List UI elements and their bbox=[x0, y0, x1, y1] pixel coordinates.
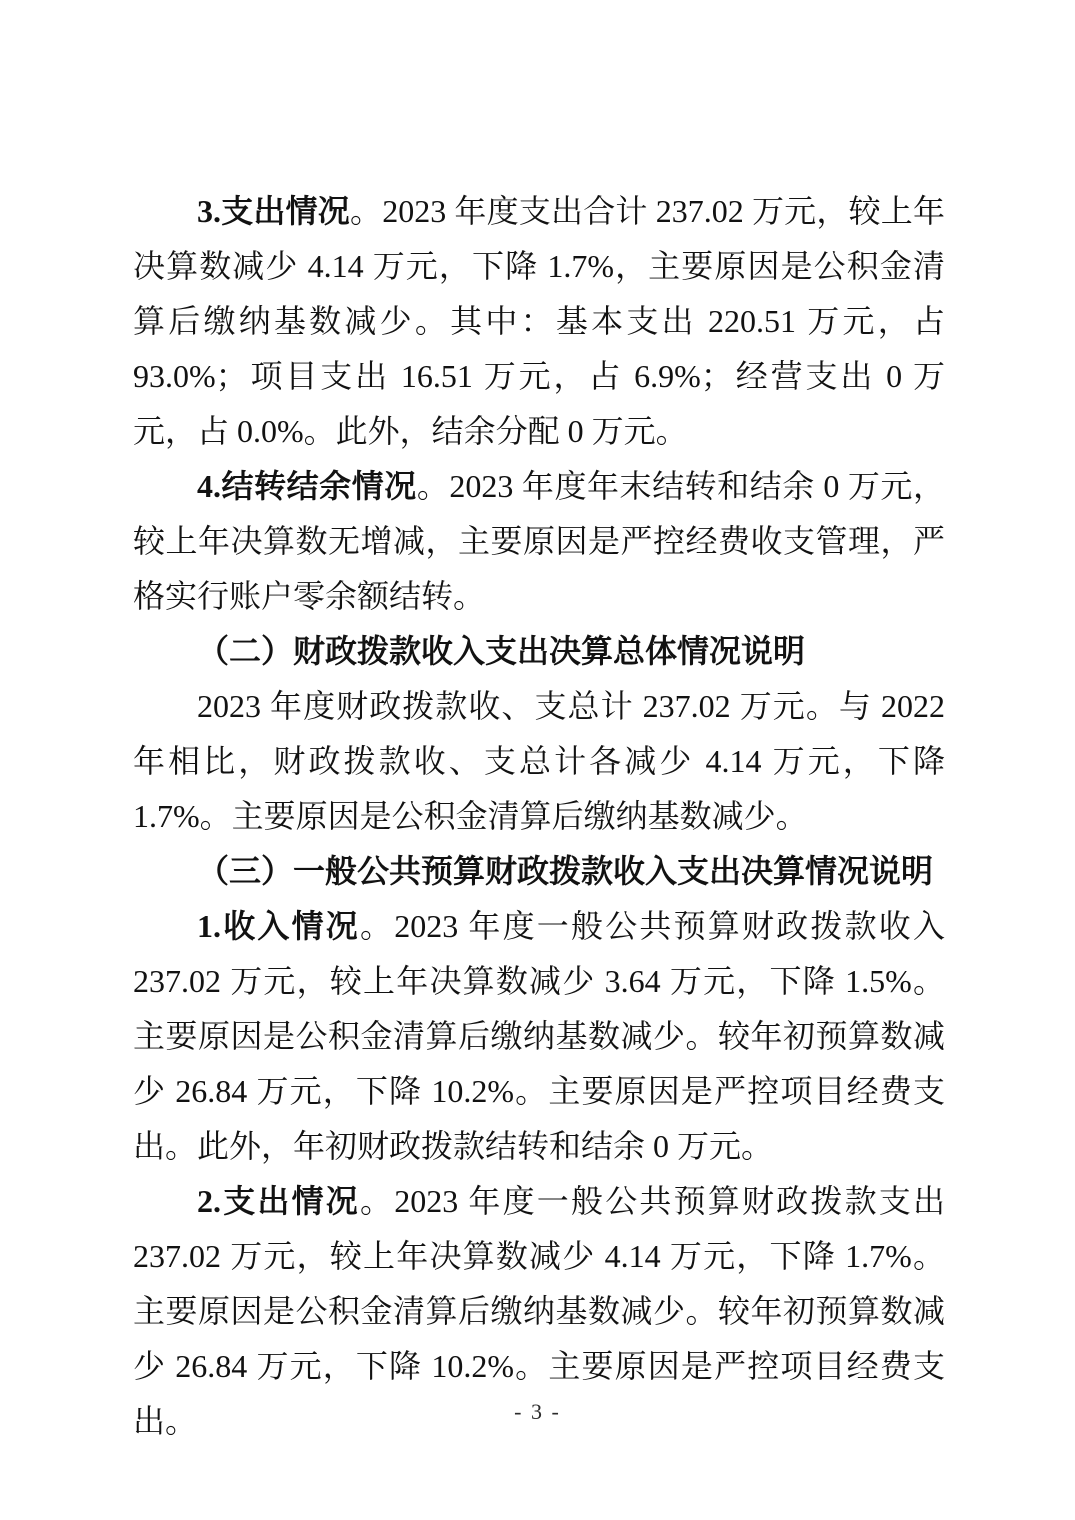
paragraph-text-expenditure: 。2023 年度支出合计 237.02 万元，较上年决算数减少 4.14 万元，… bbox=[133, 193, 945, 449]
paragraph-lead-carryover: 4.结转结余情况 bbox=[197, 468, 417, 504]
paragraph-fiscal-appropriation-total: 2023 年度财政拨款收、支总计 237.02 万元。与 2022 年相比，财政… bbox=[133, 679, 945, 844]
paragraph-income-summary: 1.收入情况。2023 年度一般公共预算财政拨款收入 237.02 万元，较上年… bbox=[133, 899, 945, 1174]
paragraph-lead-expenditure: 3.支出情况 bbox=[197, 193, 350, 229]
paragraph-text-income: 。2023 年度一般公共预算财政拨款收入 237.02 万元，较上年决算数减少 … bbox=[133, 908, 945, 1164]
paragraph-carryover-summary: 4.结转结余情况。2023 年度年末结转和结余 0 万元，较上年决算数无增减，主… bbox=[133, 459, 945, 624]
paragraph-lead-budget-expenditure: 2.支出情况 bbox=[197, 1183, 360, 1219]
document-page: 3.支出情况。2023 年度支出合计 237.02 万元，较上年决算数减少 4.… bbox=[0, 0, 1075, 1520]
paragraph-lead-income: 1.收入情况 bbox=[197, 908, 360, 944]
document-body: 3.支出情况。2023 年度支出合计 237.02 万元，较上年决算数减少 4.… bbox=[133, 184, 945, 1449]
page-number: - 3 - bbox=[0, 1398, 1075, 1426]
section-heading-fiscal-appropriation-overview: （二）财政拨款收入支出决算总体情况说明 bbox=[133, 624, 945, 679]
section-heading-general-public-budget: （三）一般公共预算财政拨款收入支出决算情况说明 bbox=[133, 844, 945, 899]
paragraph-expenditure-summary: 3.支出情况。2023 年度支出合计 237.02 万元，较上年决算数减少 4.… bbox=[133, 184, 945, 459]
